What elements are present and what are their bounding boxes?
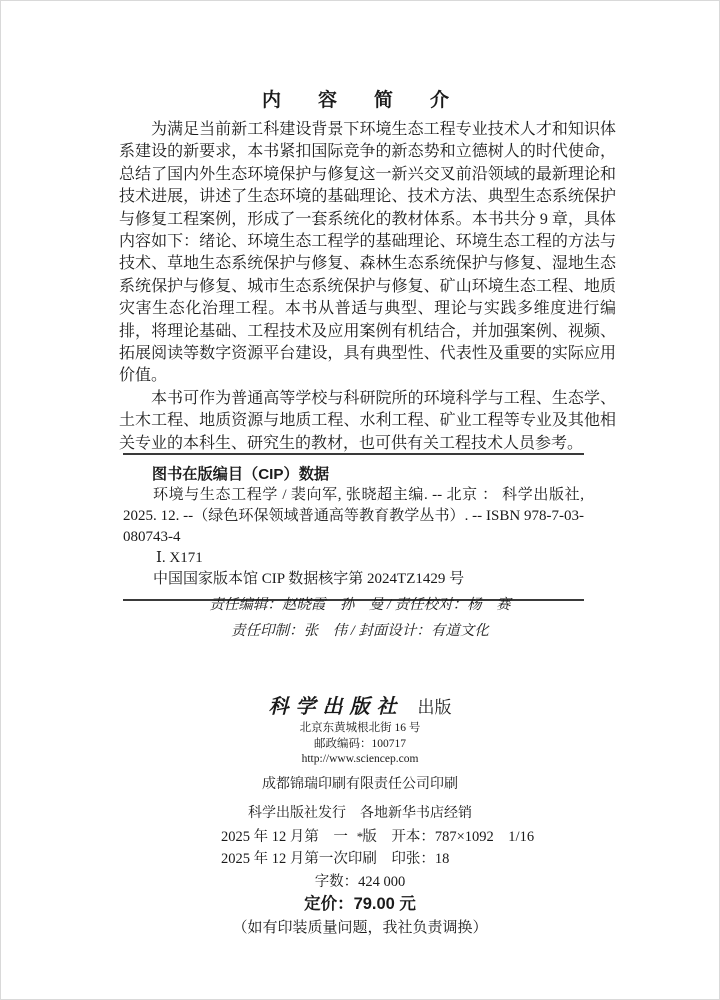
staff-credits: 责任编辑：赵晓霞 孙 曼 / 责任校对：杨 赛 责任印制：张 伟 / 封面设计：… [1,593,719,644]
publisher-address: 北京东黄城根北街 16 号 [1,721,719,737]
printer-line: 成都锦瑞印刷有限责任公司印刷 [1,775,719,795]
distribution-line: 科学出版社发行 各地新华书店经销 [1,804,719,824]
page-title: 内 容 简 介 [1,85,719,112]
intro-section: 为满足当前新工科建设背景下环境生态工程专业技术人才和知识体系建设的新要求，本书紧… [119,119,616,455]
cip-heading: 图书在版编目（CIP）数据 [123,464,584,485]
cip-entry: 环境与生态工程学 / 裴向军, 张晓超主编. -- 北京 ： 科学出版社, 20… [123,485,584,548]
copyright-page: 内 容 简 介 为满足当前新工科建设背景下环境生态工程专业技术人才和知识体系建设… [0,0,720,1000]
impression-line: 2025 年 12 月第一次印刷 印张：18 [221,848,534,870]
staff-printing-line: 责任印制：张 伟 / 封面设计：有道文化 [1,619,719,645]
edition-line: 2025 年 12 月第 一 版 开本：787×1092 1/16 [221,826,534,848]
publish-suffix-label: 出版 [418,698,452,717]
cip-classification: Ⅰ. X171 [123,548,584,569]
cip-data-box: 图书在版编目（CIP）数据 环境与生态工程学 / 裴向军, 张晓超主编. -- … [123,453,584,601]
publisher-logo-line: 科学出版社 出版 [1,695,719,721]
intro-paragraph-1: 为满足当前新工科建设背景下环境生态工程专业技术人才和知识体系建设的新要求，本书紧… [119,119,616,388]
publisher-block: 科学出版社 出版 北京东黄城根北街 16 号 邮政编码：100717 http:… [1,695,719,845]
intro-paragraph-2: 本书可作为普通高等学校与科研院所的环境科学与工程、生态学、土木工程、地质资源与地… [119,388,616,455]
staff-editors-line: 责任编辑：赵晓霞 孙 曼 / 责任校对：杨 赛 [1,593,719,619]
quality-notice-line: （如有印装质量问题，我社负责调换） [1,916,719,937]
cip-record-number: 中国国家版本馆 CIP 数据核字第 2024TZ1429 号 [123,569,584,590]
edition-block: 2025 年 12 月第 一 版 开本：787×1092 1/16 2025 年… [221,826,534,870]
publisher-postcode: 邮政编码：100717 [1,737,719,753]
publisher-website: http://www.sciencep.com [1,752,719,768]
price-line: 定价：79.00 元 [1,890,719,914]
wordcount-line: 字数：424 000 [1,870,719,891]
science-press-logo: 科学出版社 [269,696,404,718]
